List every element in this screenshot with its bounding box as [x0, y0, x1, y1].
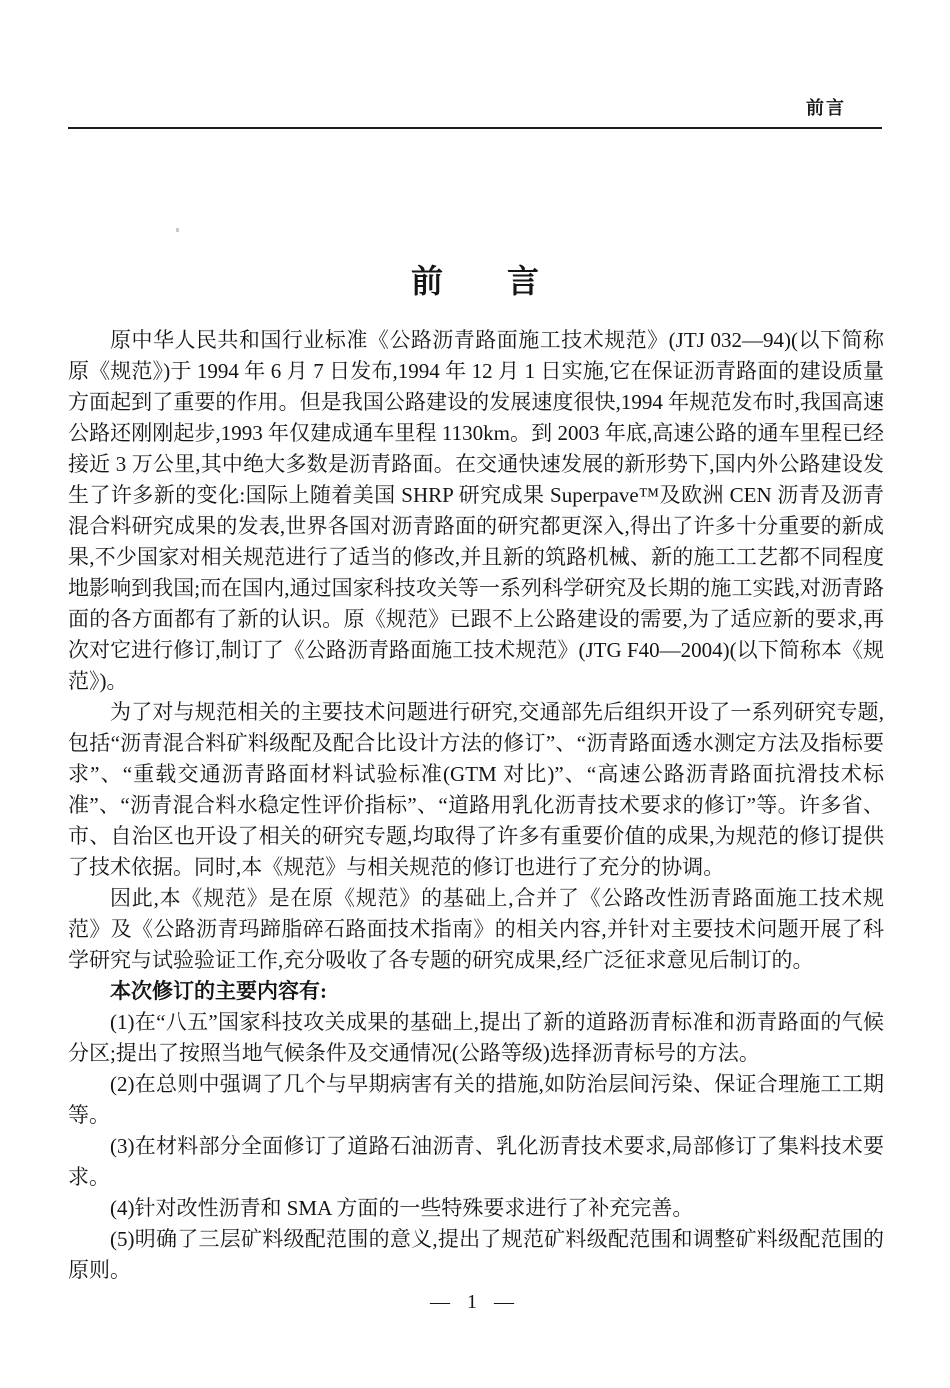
running-header: 前言	[806, 94, 846, 120]
header-rule	[68, 127, 882, 129]
running-header-title: 前言	[806, 98, 846, 118]
paragraph-intro-history: 原中华人民共和国行业标准《公路沥青路面施工技术规范》(JTJ 032—94)(以…	[68, 325, 884, 697]
revision-item-1: (1)在“八五”国家科技攻关成果的基础上,提出了新的道路沥青标准和沥青路面的气候…	[68, 1007, 884, 1069]
document-page: 前言 前 言 原中华人民共和国行业标准《公路沥青路面施工技术规范》(JTJ 03…	[0, 0, 950, 1388]
revision-item-3: (3)在材料部分全面修订了道路石油沥青、乳化沥青技术要求,局部修订了集料技术要求…	[68, 1131, 884, 1193]
page-footer: — 1 —	[0, 1291, 950, 1314]
revision-item-2: (2)在总则中强调了几个与早期病害有关的措施,如防治层间污染、保证合理施工工期等…	[68, 1069, 884, 1131]
paragraph-research-topics: 为了对与规范相关的主要技术问题进行研究,交通部先后组织开设了一系列研究专题,包括…	[68, 697, 884, 883]
document-body: 原中华人民共和国行业标准《公路沥青路面施工技术规范》(JTJ 032—94)(以…	[68, 325, 884, 1286]
revision-item-5: (5)明确了三层矿料级配范围的意义,提出了规范矿料级配范围和调整矿料级配范围的原…	[68, 1224, 884, 1286]
page-title: 前 言	[0, 256, 950, 302]
paragraph-revision-lead: 本次修订的主要内容有:	[68, 976, 884, 1007]
scan-artifact	[176, 228, 179, 232]
page-number: — 1 —	[430, 1291, 520, 1313]
revision-item-4: (4)针对改性沥青和 SMA 方面的一些特殊要求进行了补充完善。	[68, 1193, 884, 1224]
paragraph-merge-basis: 因此,本《规范》是在原《规范》的基础上,合并了《公路改性沥青路面施工技术规范》及…	[68, 883, 884, 976]
